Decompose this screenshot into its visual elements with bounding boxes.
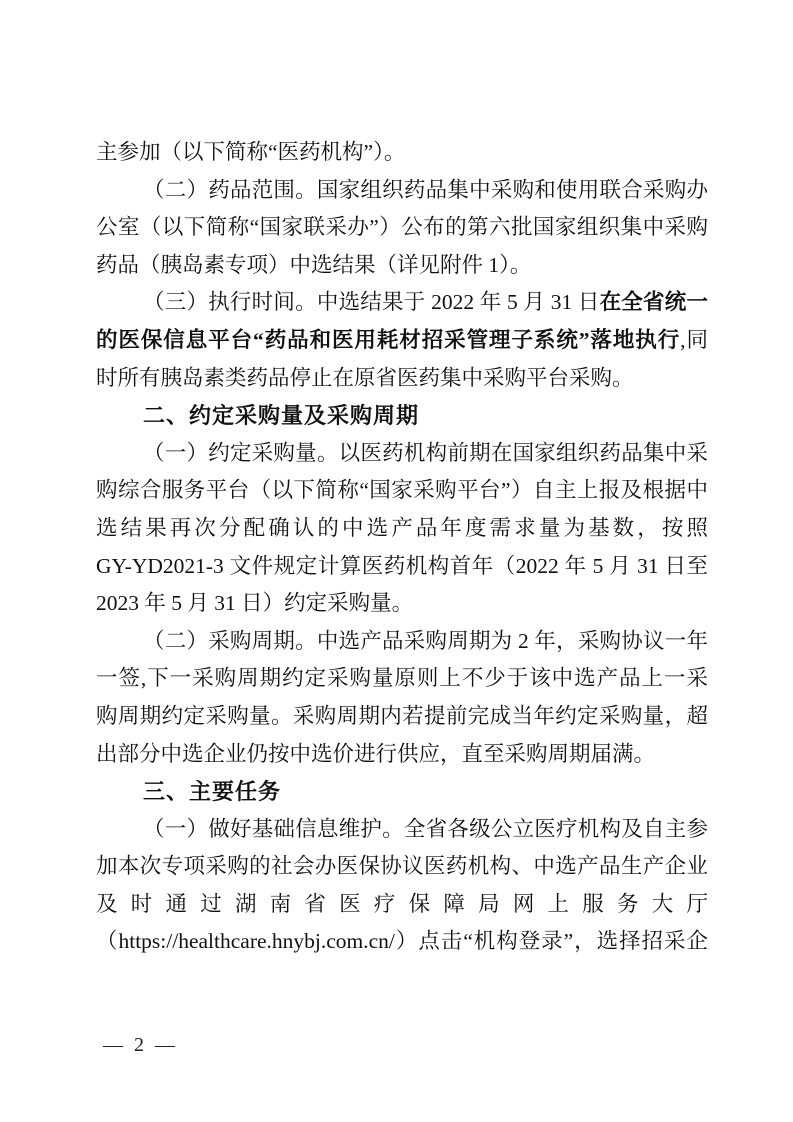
- text-segment: 2023 年 5 月 31 日）约定采购量。: [96, 591, 413, 615]
- text-segment: 购综合服务平台（以下简称“国家采购平台”）自主上报及根据中: [96, 478, 708, 502]
- text-segment: 全省各级公立医疗机构及自主参: [404, 817, 708, 841]
- text-segment: （https://healthcare.hnybj.com.cn/）点击“机构登…: [96, 929, 708, 953]
- text-segment: 中选结果于 2022 年 5 月 31 日: [317, 290, 600, 314]
- text-line: 购周期约定采购量。采购周期内若提前完成当年约定采购量，超: [96, 698, 708, 736]
- text-line: 公室（以下简称“国家联采办”）公布的第六批国家组织集中采购: [96, 209, 708, 247]
- text-segment: （二）药品范围。: [143, 178, 317, 202]
- text-line: （二）采购周期。中选产品采购周期为 2 年，采购协议一年: [96, 623, 708, 661]
- text-line: （三）执行时间。中选结果于 2022 年 5 月 31 日在全省统一: [96, 284, 708, 322]
- text-segment: 及时通过湖南省医疗保障局网上服务大厅: [96, 892, 708, 916]
- text-segment: （二）采购周期。: [143, 629, 317, 653]
- text-line: GY-YD2021-3 文件规定计算医药机构首年（2022 年 5 月 31 日…: [96, 548, 708, 586]
- text-segment: 一签,下一采购周期约定采购量原则上不少于该中选产品上一采: [96, 666, 708, 690]
- text-segment: ,同: [680, 328, 708, 352]
- text-segment: （三）执行时间。: [143, 290, 317, 314]
- text-line: （二）药品范围。国家组织药品集中采购和使用联合采购办: [96, 172, 708, 210]
- text-line: 的医保信息平台“药品和医用耗材招采管理子系统”落地执行,同: [96, 322, 708, 360]
- text-line: （https://healthcare.hnybj.com.cn/）点击“机构登…: [96, 923, 708, 961]
- text-line: 选结果再次分配确认的中选产品年度需求量为基数，按照: [96, 510, 708, 548]
- text-segment: （一）做好基础信息维护。: [143, 817, 404, 841]
- section-heading: 三、主要任务: [96, 773, 708, 811]
- text-segment: 中选产品采购周期为 2 年，采购协议一年: [317, 629, 708, 653]
- text-line: 药品（胰岛素专项）中选结果（详见附件 1）。: [96, 247, 708, 285]
- text-segment: 国家组织药品集中采购和使用联合采购办: [317, 178, 708, 202]
- emphasis-text: 在全省统一: [600, 290, 708, 314]
- text-line: 主参加（以下简称“医药机构”）。: [96, 134, 708, 172]
- text-segment: 购周期约定采购量。采购周期内若提前完成当年约定采购量，超: [96, 704, 708, 728]
- text-segment: 药品（胰岛素专项）中选结果（详见附件 1）。: [96, 253, 531, 277]
- text-segment: 主参加（以下简称“医药机构”）。: [96, 140, 405, 164]
- emphasis-text: 的医保信息平台“药品和医用耗材招采管理子系统”落地执行: [96, 328, 680, 352]
- text-segment: 以医药机构前期在国家组织药品集中采: [339, 441, 708, 465]
- text-line: 出部分中选企业仍按中选价进行供应，直至采购周期届满。: [96, 736, 708, 774]
- text-line: 购综合服务平台（以下简称“国家采购平台”）自主上报及根据中: [96, 472, 708, 510]
- text-line: 及时通过湖南省医疗保障局网上服务大厅: [96, 886, 708, 924]
- document-page: 主参加（以下简称“医药机构”）。（二）药品范围。国家组织药品集中采购和使用联合采…: [0, 0, 793, 1122]
- document-body: 主参加（以下简称“医药机构”）。（二）药品范围。国家组织药品集中采购和使用联合采…: [96, 134, 708, 961]
- text-line: （一）做好基础信息维护。全省各级公立医疗机构及自主参: [96, 811, 708, 849]
- emphasis-text: 三、主要任务: [143, 779, 281, 804]
- text-line: 时所有胰岛素类药品停止在原省医药集中采购平台采购。: [96, 360, 708, 398]
- text-line: 加本次专项采购的社会办医保协议医药机构、中选产品生产企业: [96, 848, 708, 886]
- text-segment: 出部分中选企业仍按中选价进行供应，直至采购周期届满。: [96, 742, 655, 766]
- text-line: 一签,下一采购周期约定采购量原则上不少于该中选产品上一采: [96, 660, 708, 698]
- text-segment: 公室（以下简称“国家联采办”）公布的第六批国家组织集中采购: [96, 215, 708, 239]
- text-segment: （一）约定采购量。: [143, 441, 339, 465]
- emphasis-text: 二、约定采购量及采购周期: [143, 403, 419, 428]
- text-line: （一）约定采购量。以医药机构前期在国家组织药品集中采: [96, 435, 708, 473]
- text-segment: 加本次专项采购的社会办医保协议医药机构、中选产品生产企业: [96, 854, 708, 878]
- text-segment: 选结果再次分配确认的中选产品年度需求量为基数，按照: [96, 516, 708, 540]
- text-line: 2023 年 5 月 31 日）约定采购量。: [96, 585, 708, 623]
- section-heading: 二、约定采购量及采购周期: [96, 397, 708, 435]
- text-segment: GY-YD2021-3 文件规定计算医药机构首年（2022 年 5 月 31 日…: [96, 554, 708, 578]
- page-number: — 2 —: [103, 1034, 178, 1057]
- text-segment: 时所有胰岛素类药品停止在原省医药集中采购平台采购。: [96, 366, 634, 390]
